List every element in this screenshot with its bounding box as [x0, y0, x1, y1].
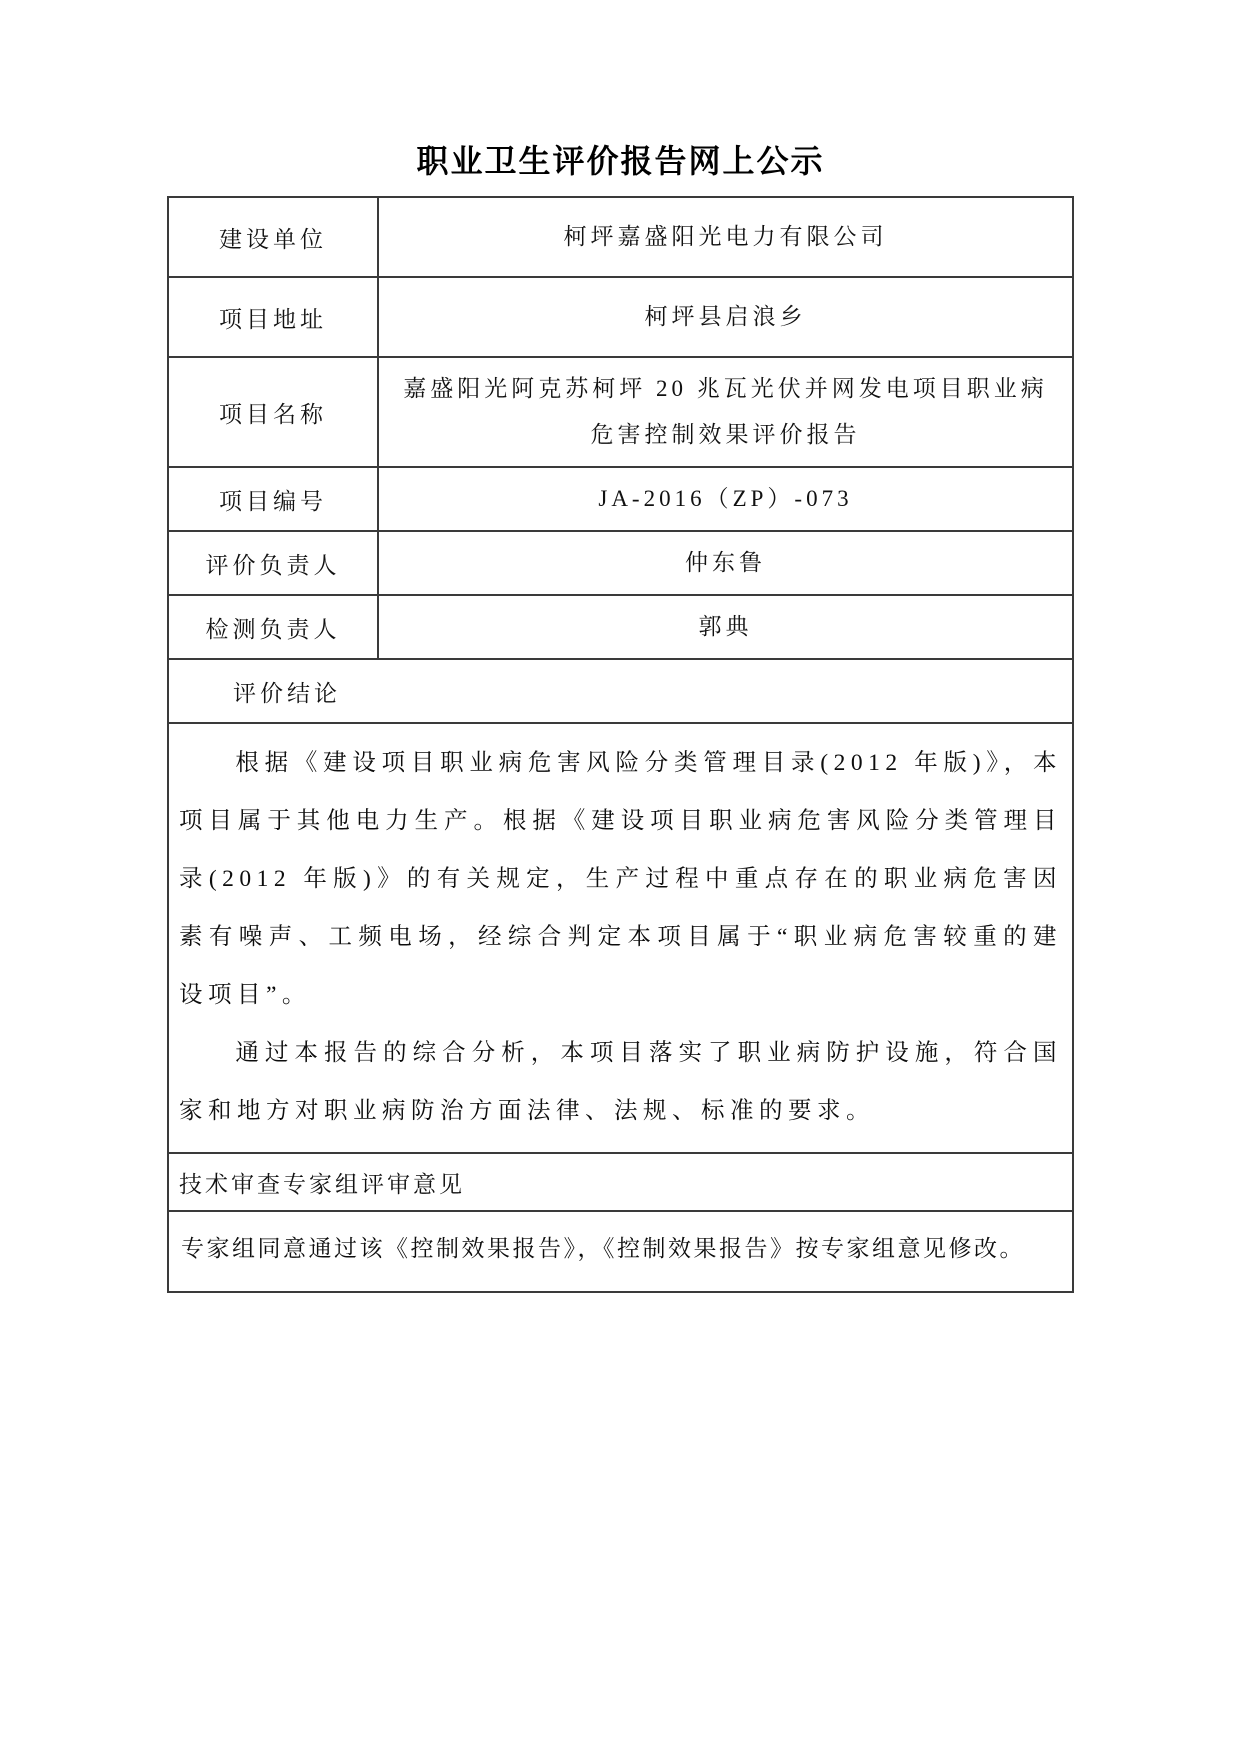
table-row-expert-opinion: 专家组同意通过该《控制效果报告》，《控制效果报告》按专家组意见修改。: [168, 1211, 1073, 1292]
table-row-evaluation-lead: 评价负责人 仲东鲁: [168, 531, 1073, 595]
row-value-construction-unit: 柯坪嘉盛阳光电力有限公司: [378, 197, 1073, 277]
row-value-testing-lead: 郭典: [378, 595, 1073, 659]
row-value-project-number: JA-2016（ZP）-073: [378, 467, 1073, 531]
table-row-expert-header: 技术审查专家组评审意见: [168, 1153, 1073, 1211]
row-label-construction-unit: 建设单位: [168, 197, 378, 277]
expert-opinion-text: 专家组同意通过该《控制效果报告》，《控制效果报告》按专家组意见修改。: [181, 1220, 1060, 1277]
expert-opinion-cell: 专家组同意通过该《控制效果报告》，《控制效果报告》按专家组意见修改。: [168, 1211, 1073, 1292]
table-row-conclusion-header: 评价结论: [168, 659, 1073, 723]
expert-header-label: 技术审查专家组评审意见: [168, 1153, 1073, 1211]
document-title: 职业卫生评价报告网上公示: [0, 0, 1241, 182]
row-label-project-number: 项目编号: [168, 467, 378, 531]
row-value-project-address: 柯坪县启浪乡: [378, 277, 1073, 357]
publicity-table: 建设单位 柯坪嘉盛阳光电力有限公司 项目地址 柯坪县启浪乡 项目名称 嘉盛阳光阿…: [167, 196, 1074, 1293]
table-row-project-address: 项目地址 柯坪县启浪乡: [168, 277, 1073, 357]
table-row-conclusion-body: 根据《建设项目职业病危害风险分类管理目录(2012 年版)》，本项目属于其他电力…: [168, 723, 1073, 1153]
conclusion-paragraph-2: 通过本报告的综合分析，本项目落实了职业病防护设施，符合国家和地方对职业病防治方面…: [179, 1024, 1062, 1140]
conclusion-paragraph-1: 根据《建设项目职业病危害风险分类管理目录(2012 年版)》，本项目属于其他电力…: [179, 734, 1062, 1024]
table-row-project-name: 项目名称 嘉盛阳光阿克苏柯坪 20 兆瓦光伏并网发电项目职业病危害控制效果评价报…: [168, 357, 1073, 467]
row-label-testing-lead: 检测负责人: [168, 595, 378, 659]
conclusion-body-cell: 根据《建设项目职业病危害风险分类管理目录(2012 年版)》，本项目属于其他电力…: [168, 723, 1073, 1153]
conclusion-header-label: 评价结论: [168, 659, 1073, 723]
row-label-evaluation-lead: 评价负责人: [168, 531, 378, 595]
document-page: 职业卫生评价报告网上公示 建设单位 柯坪嘉盛阳光电力有限公司 项目地址 柯坪县启…: [0, 0, 1241, 1755]
row-value-evaluation-lead: 仲东鲁: [378, 531, 1073, 595]
row-label-project-address: 项目地址: [168, 277, 378, 357]
table-row-project-number: 项目编号 JA-2016（ZP）-073: [168, 467, 1073, 531]
table-row-testing-lead: 检测负责人 郭典: [168, 595, 1073, 659]
table-row-construction-unit: 建设单位 柯坪嘉盛阳光电力有限公司: [168, 197, 1073, 277]
row-label-project-name: 项目名称: [168, 357, 378, 467]
row-value-project-name: 嘉盛阳光阿克苏柯坪 20 兆瓦光伏并网发电项目职业病危害控制效果评价报告: [378, 357, 1073, 467]
